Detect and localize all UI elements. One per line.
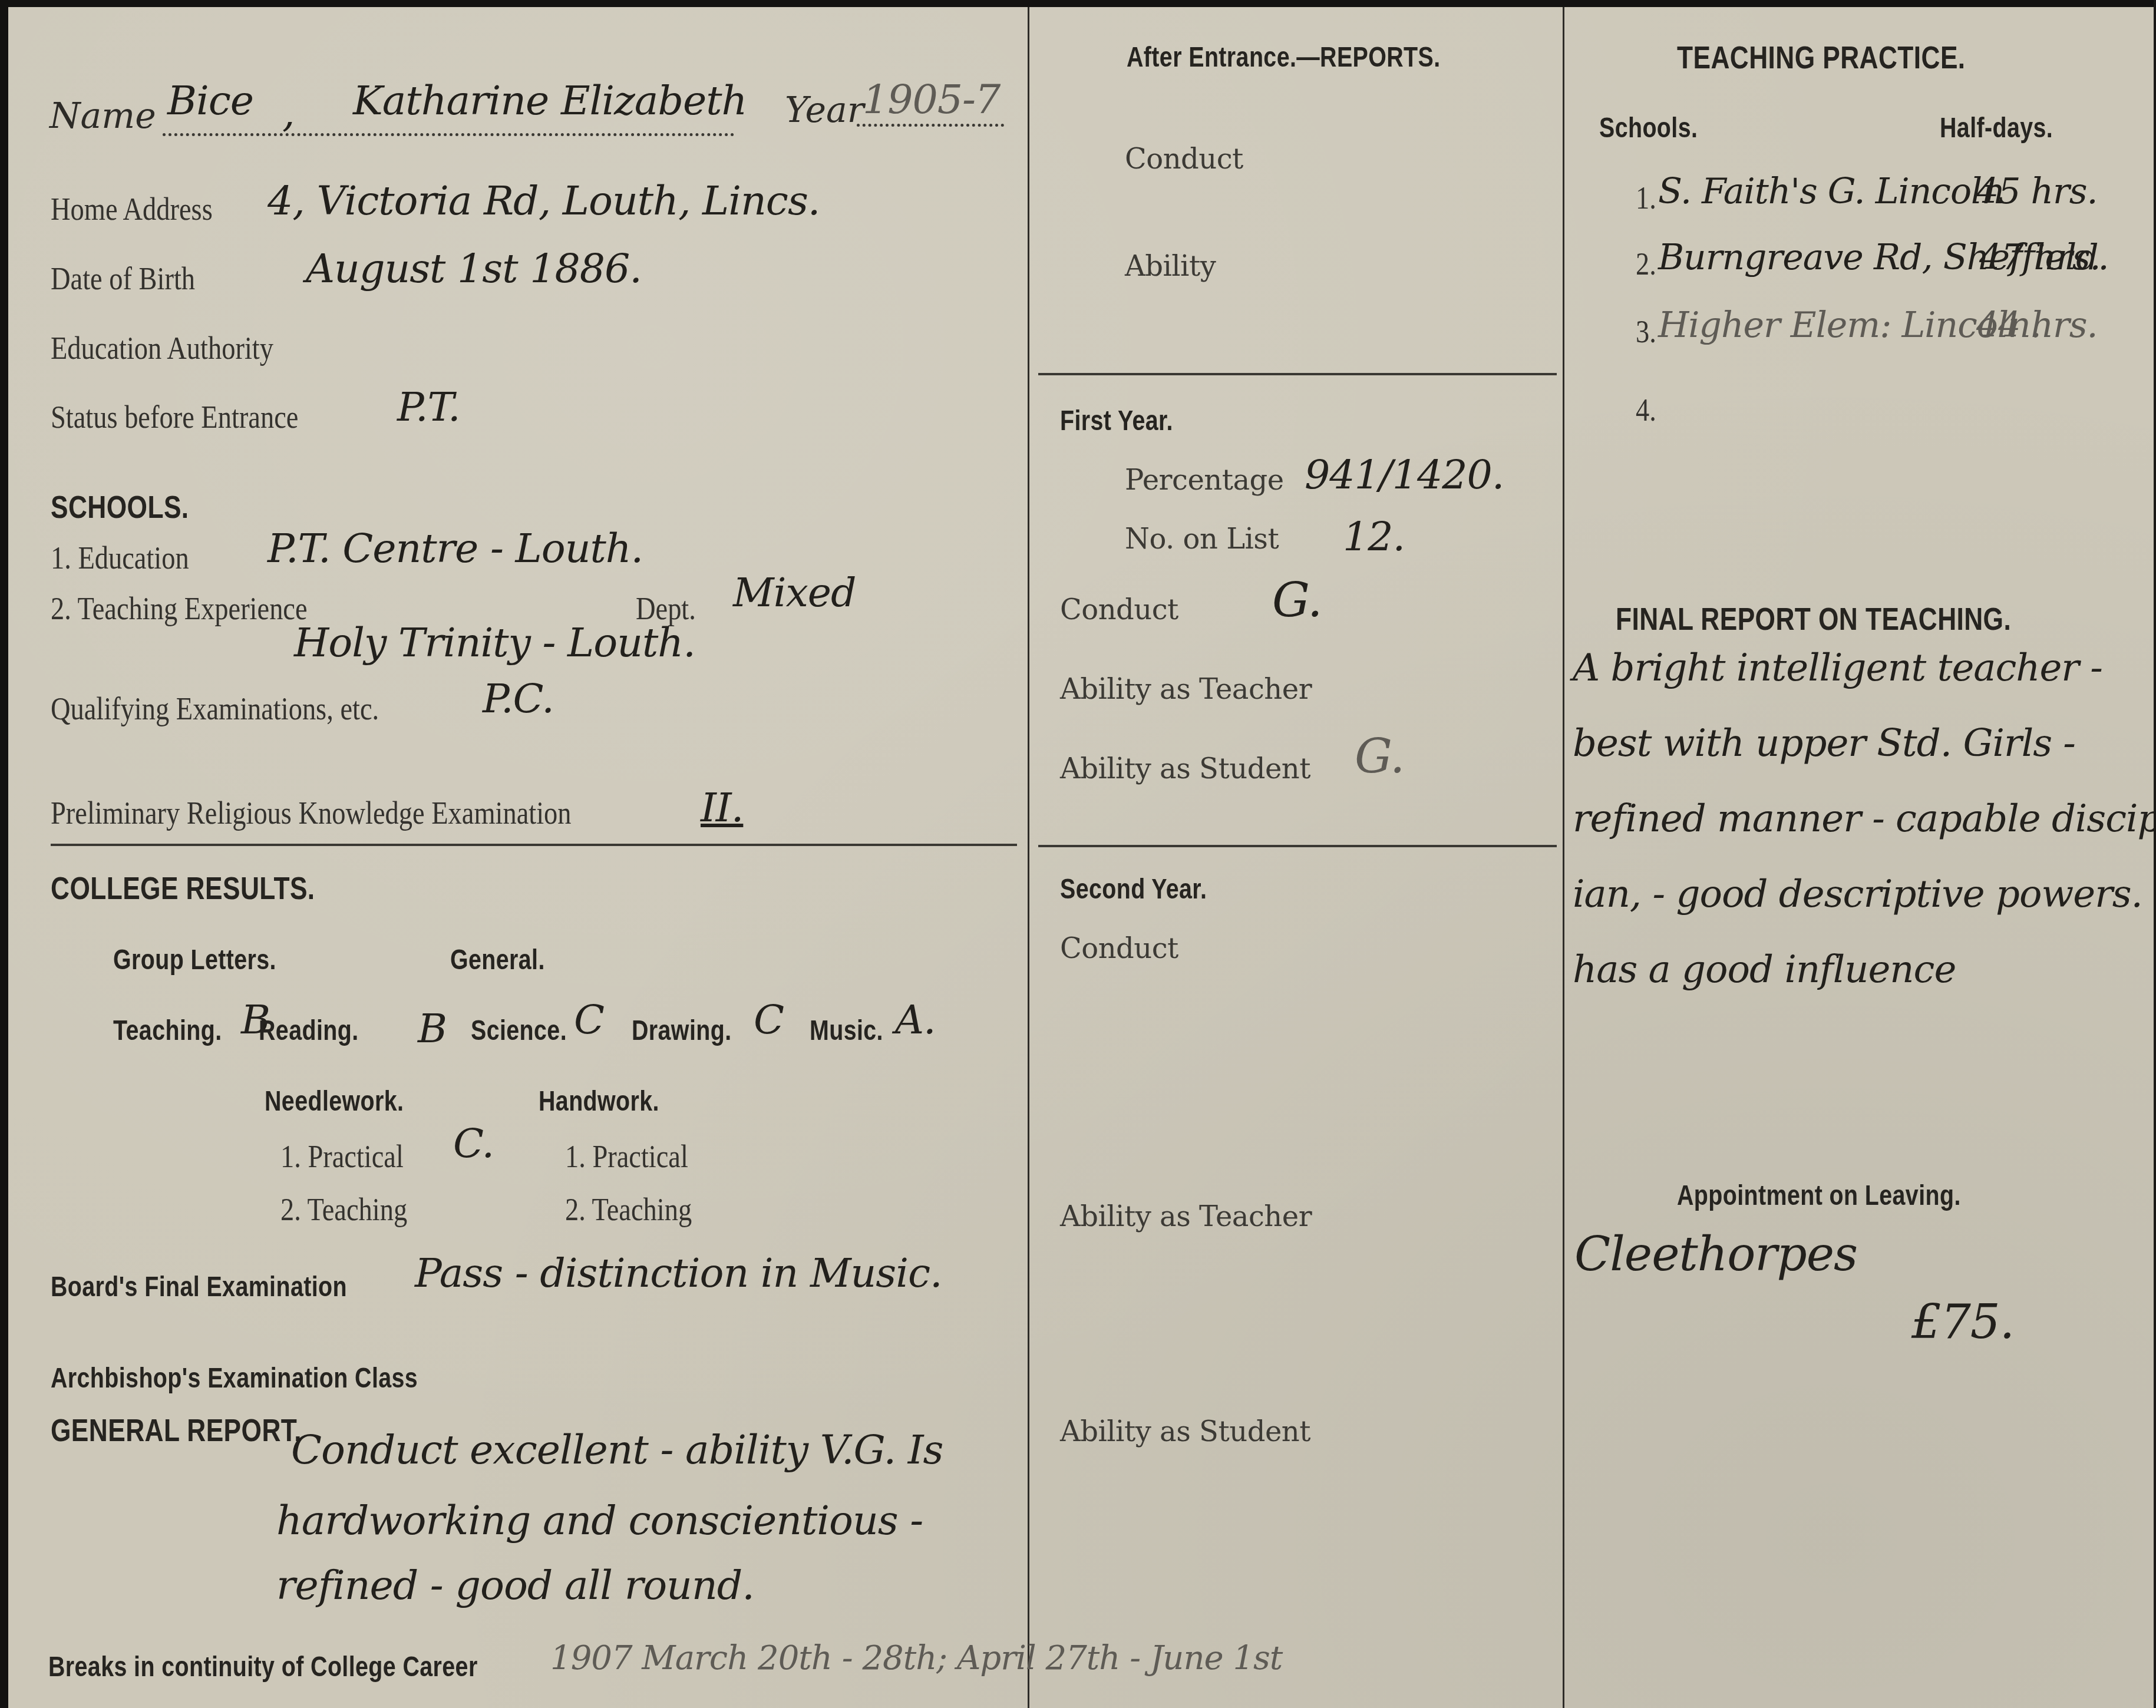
final-report-line: A bright intelligent teacher -	[1573, 646, 2102, 690]
status-before-entrance-value: P.T.	[397, 384, 460, 431]
schools-education-value: P.T. Centre - Louth.	[268, 526, 643, 572]
boards-final-value: Pass - distinction in Music.	[415, 1250, 942, 1297]
preliminary-religious-label: Preliminary Religious Knowledge Examinat…	[51, 795, 572, 831]
teaching-practice-half-days: 47 hrs.	[1979, 237, 2101, 278]
divider-first-year	[1038, 845, 1557, 847]
first-year-conduct-label: Conduct	[1060, 593, 1178, 626]
half-days-column-label: Half-days.	[1940, 112, 2053, 144]
schools-education-label: 1. Education	[51, 540, 189, 576]
divider-left-middle	[1028, 7, 1029, 1708]
second-year-ability-teacher-label: Ability as Teacher	[1060, 1200, 1312, 1233]
year-dotted-line	[857, 124, 1004, 127]
first-year-heading: First Year.	[1060, 405, 1173, 437]
second-year-ability-student-label: Ability as Student	[1060, 1415, 1310, 1448]
general-label: General.	[450, 944, 545, 976]
after-entrance-conduct-label: Conduct	[1125, 143, 1243, 176]
date-of-birth-value: August 1st 1886.	[306, 246, 642, 292]
general-report-label: GENERAL REPORT.	[51, 1412, 302, 1449]
second-year-conduct-label: Conduct	[1060, 932, 1178, 965]
teaching-practice-half-days: 44 hrs.	[1976, 305, 2098, 346]
breaks-value: 1907 March 20th - 28th; April 27th - Jun…	[550, 1639, 1282, 1677]
first-year-ability-teacher-label: Ability as Teacher	[1060, 673, 1312, 706]
subject-grade: C	[754, 997, 784, 1043]
name-surname: Bice	[167, 78, 253, 124]
subject-label: Music.	[810, 1015, 883, 1047]
needlework-label: Needlework.	[265, 1085, 404, 1118]
qualifying-examinations-label: Qualifying Examinations, etc.	[51, 691, 379, 727]
college-results-heading: COLLEGE RESULTS.	[51, 870, 315, 907]
student-record-card: Name Bice , Katharine Elizabeth Year 190…	[8, 7, 2154, 1708]
name-forenames: Katharine Elizabeth	[353, 78, 747, 124]
status-before-entrance-label: Status before Entrance	[51, 399, 298, 435]
teaching-experience-value: Holy Trinity - Louth.	[294, 620, 695, 666]
teaching-practice-number: 1.	[1636, 180, 1656, 216]
handwork-label: Handwork.	[539, 1085, 659, 1118]
final-report-line: has a good influence	[1573, 948, 1956, 992]
home-address-value: 4, Victoria Rd, Louth, Lincs.	[268, 178, 820, 224]
divider-left-section	[51, 844, 1017, 846]
needlework-practical-grade: C.	[453, 1121, 494, 1167]
teaching-practice-heading: TEACHING PRACTICE.	[1677, 39, 1966, 76]
final-report-line: refined manner - capable disciplinar-	[1573, 797, 2156, 841]
percentage-value: 941/1420.	[1305, 452, 1504, 498]
year-value: 1905-7	[863, 77, 1000, 123]
no-on-list-value: 12.	[1343, 514, 1405, 560]
home-address-label: Home Address	[51, 191, 213, 227]
divider-middle-right	[1563, 7, 1564, 1708]
needlework-practical-label: 1. Practical	[280, 1138, 404, 1175]
teaching-practice-number: 3.	[1636, 313, 1656, 350]
final-report-line: ian, - good descriptive powers.	[1573, 873, 2142, 916]
schools-column-label: Schools.	[1599, 112, 1698, 144]
schools-heading: SCHOOLS.	[51, 489, 189, 526]
handwork-practical-label: 1. Practical	[565, 1138, 688, 1175]
group-letters-label: Group Letters.	[113, 944, 276, 976]
subject-label: Science.	[471, 1015, 567, 1047]
appointment-place: Cleethorpes	[1574, 1227, 1857, 1281]
subject-label: Teaching.	[113, 1015, 222, 1047]
subject-label: Reading.	[259, 1015, 358, 1047]
no-on-list-label: No. on List	[1125, 523, 1279, 556]
first-year-ability-student-value: G.	[1355, 729, 1404, 784]
date-of-birth-label: Date of Birth	[51, 260, 195, 297]
handwork-teaching-label: 2. Teaching	[565, 1191, 692, 1228]
qualifying-examinations-value: P.C.	[483, 676, 554, 722]
subject-label: Drawing.	[632, 1015, 731, 1047]
teaching-experience-label: 2. Teaching Experience	[51, 590, 308, 627]
after-entrance-ability-label: Ability	[1125, 250, 1216, 283]
general-report-line-3: refined - good all round.	[276, 1562, 754, 1609]
final-report-line: best with upper Std. Girls -	[1573, 722, 2075, 765]
teaching-practice-half-days: 45 hrs.	[1976, 171, 2098, 212]
name-label: Name	[49, 95, 156, 137]
boards-final-label: Board's Final Examination	[51, 1271, 347, 1303]
first-year-conduct-value: G.	[1272, 573, 1322, 627]
teaching-practice-number: 2.	[1636, 246, 1656, 282]
name-dotted-line	[163, 133, 734, 136]
subject-grade: A.	[895, 997, 936, 1043]
percentage-label: Percentage	[1125, 464, 1284, 497]
divider-after-entrance	[1038, 373, 1557, 375]
breaks-label: Breaks in continuity of College Career	[48, 1651, 478, 1683]
dept-value: Mixed	[733, 570, 856, 616]
teaching-practice-number: 4.	[1636, 392, 1656, 428]
after-entrance-heading: After Entrance.—REPORTS.	[1127, 41, 1441, 74]
education-authority-label: Education Authority	[51, 330, 273, 366]
subject-grade: B	[418, 1006, 447, 1052]
preliminary-religious-value: II.	[701, 785, 743, 831]
general-report-line-1: Conduct excellent - ability V.G. Is	[291, 1427, 943, 1474]
appointment-salary: £75.	[1911, 1294, 2014, 1349]
final-report-heading: FINAL REPORT ON TEACHING.	[1616, 601, 2011, 637]
teaching-practice-school: S. Faith's G. Lincoln	[1658, 171, 2004, 212]
card-right-edge	[2154, 0, 2156, 1708]
subject-grade: C	[574, 997, 604, 1043]
general-report-line-2: hardworking and conscientious -	[276, 1498, 923, 1544]
appointment-heading: Appointment on Leaving.	[1677, 1180, 1961, 1212]
year-label: Year	[785, 90, 864, 131]
first-year-ability-student-label: Ability as Student	[1060, 752, 1310, 785]
second-year-heading: Second Year.	[1060, 873, 1207, 906]
name-separator: ,	[282, 90, 295, 136]
archbishops-class-label: Archbishop's Examination Class	[51, 1362, 418, 1395]
needlework-teaching-label: 2. Teaching	[280, 1191, 407, 1228]
